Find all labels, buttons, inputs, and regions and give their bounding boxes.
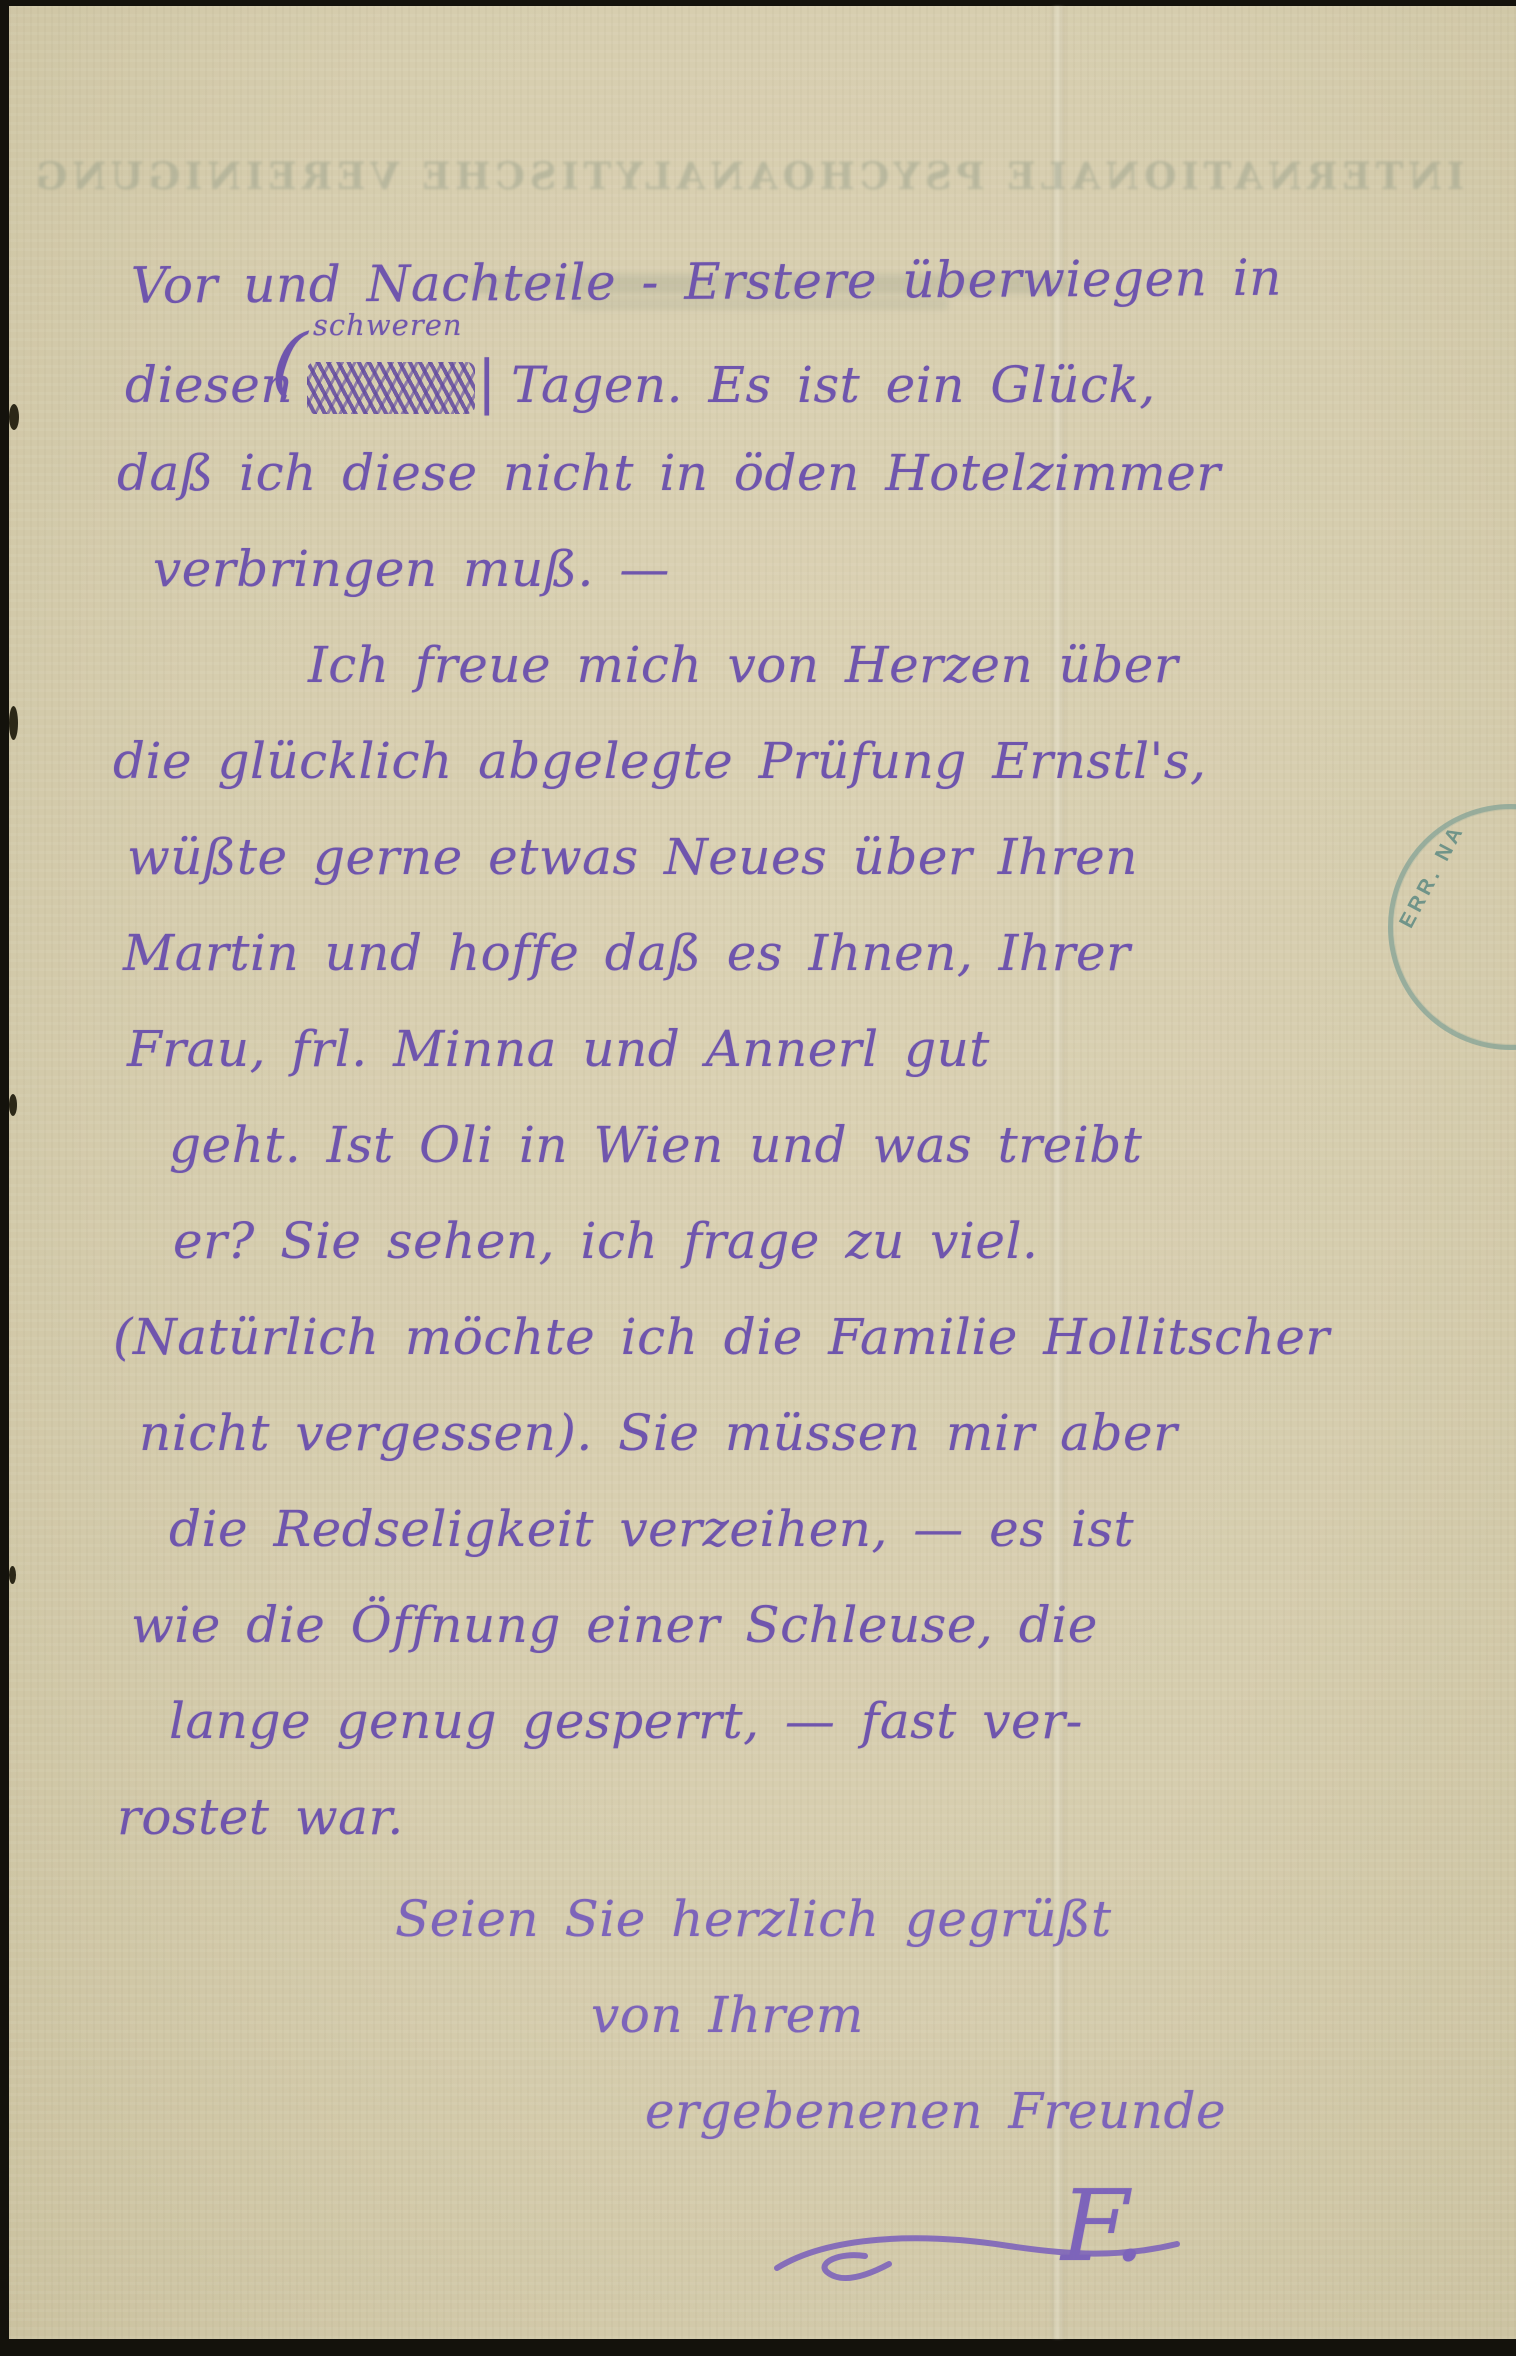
letter-line-with-correction: diesen(schweren|Tagen. Es ist ein Glück, — [125, 348, 1486, 444]
letter-line: die glücklich abgelegte Prüfung Ernstl's… — [113, 732, 1486, 828]
scanned-letter-page: { "page": { "paper_color": "#d6cdae", "i… — [0, 0, 1516, 2356]
paper-edge-speck — [9, 706, 18, 740]
paper-edge-speck — [9, 1566, 16, 1584]
paper-edge-speck — [9, 1094, 17, 1116]
line2-suffix: Tagen. Es ist ein Glück, — [511, 356, 1156, 414]
letter-line: nicht vergessen). Sie müssen mir aber — [139, 1404, 1486, 1500]
letter-line: die Redseligkeit verzeihen, — es ist — [169, 1500, 1486, 1596]
letter-line: rostet war. — [117, 1788, 1486, 1884]
letter-line: wüßte gerne etwas Neues über Ihren — [127, 828, 1486, 924]
letter-line: er? Sie sehen, ich frage zu viel. — [173, 1212, 1486, 1308]
letterhead-bleedthrough: INTERNATIONALE PSYCHOANALYTISCHE VEREINI… — [9, 154, 1486, 198]
line2-prefix: diesen — [125, 356, 293, 414]
letter-closing-line: ergebenenen Freunde — [645, 2082, 1486, 2178]
letter-line: wie die Öffnung einer Schleuse, die — [131, 1596, 1486, 1692]
letter-line: daß ich diese nicht in öden Hotelzimmer — [117, 444, 1486, 540]
letter-line: lange genug gesperrt, — fast ver- — [169, 1692, 1486, 1788]
paper-sheet: INTERNATIONALE PSYCHOANALYTISCHE VEREINI… — [9, 6, 1516, 2339]
correction-group: (schweren| — [307, 348, 497, 416]
deletion-bar: | — [477, 348, 497, 416]
letter-line: verbringen muß. — — [153, 540, 1486, 636]
letter-line: geht. Ist Oli in Wien und was treibt — [169, 1116, 1486, 1212]
letter-closing-line: von Ihrem — [591, 1986, 1486, 2082]
signature-initial: F. — [1061, 2170, 1145, 2284]
inserted-word: schweren — [313, 308, 463, 342]
handwritten-text: Vor und Nachteile - Erstere überwiegen i… — [113, 252, 1486, 2178]
letter-line: (Natürlich möchte ich die Familie Hollit… — [113, 1308, 1486, 1404]
letter-closing-line: Seien Sie herzlich gegrüßt — [395, 1890, 1486, 1986]
letter-line: Martin und hoffe daß es Ihnen, Ihrer — [123, 924, 1486, 1020]
signature-block: F. — [769, 2170, 1329, 2340]
scribbled-out-word — [307, 362, 475, 414]
letter-line: Frau, frl. Minna und Annerl gut — [127, 1020, 1486, 1116]
letter-line: Ich freue mich von Herzen über — [308, 636, 1486, 732]
paper-edge-speck — [9, 404, 19, 430]
